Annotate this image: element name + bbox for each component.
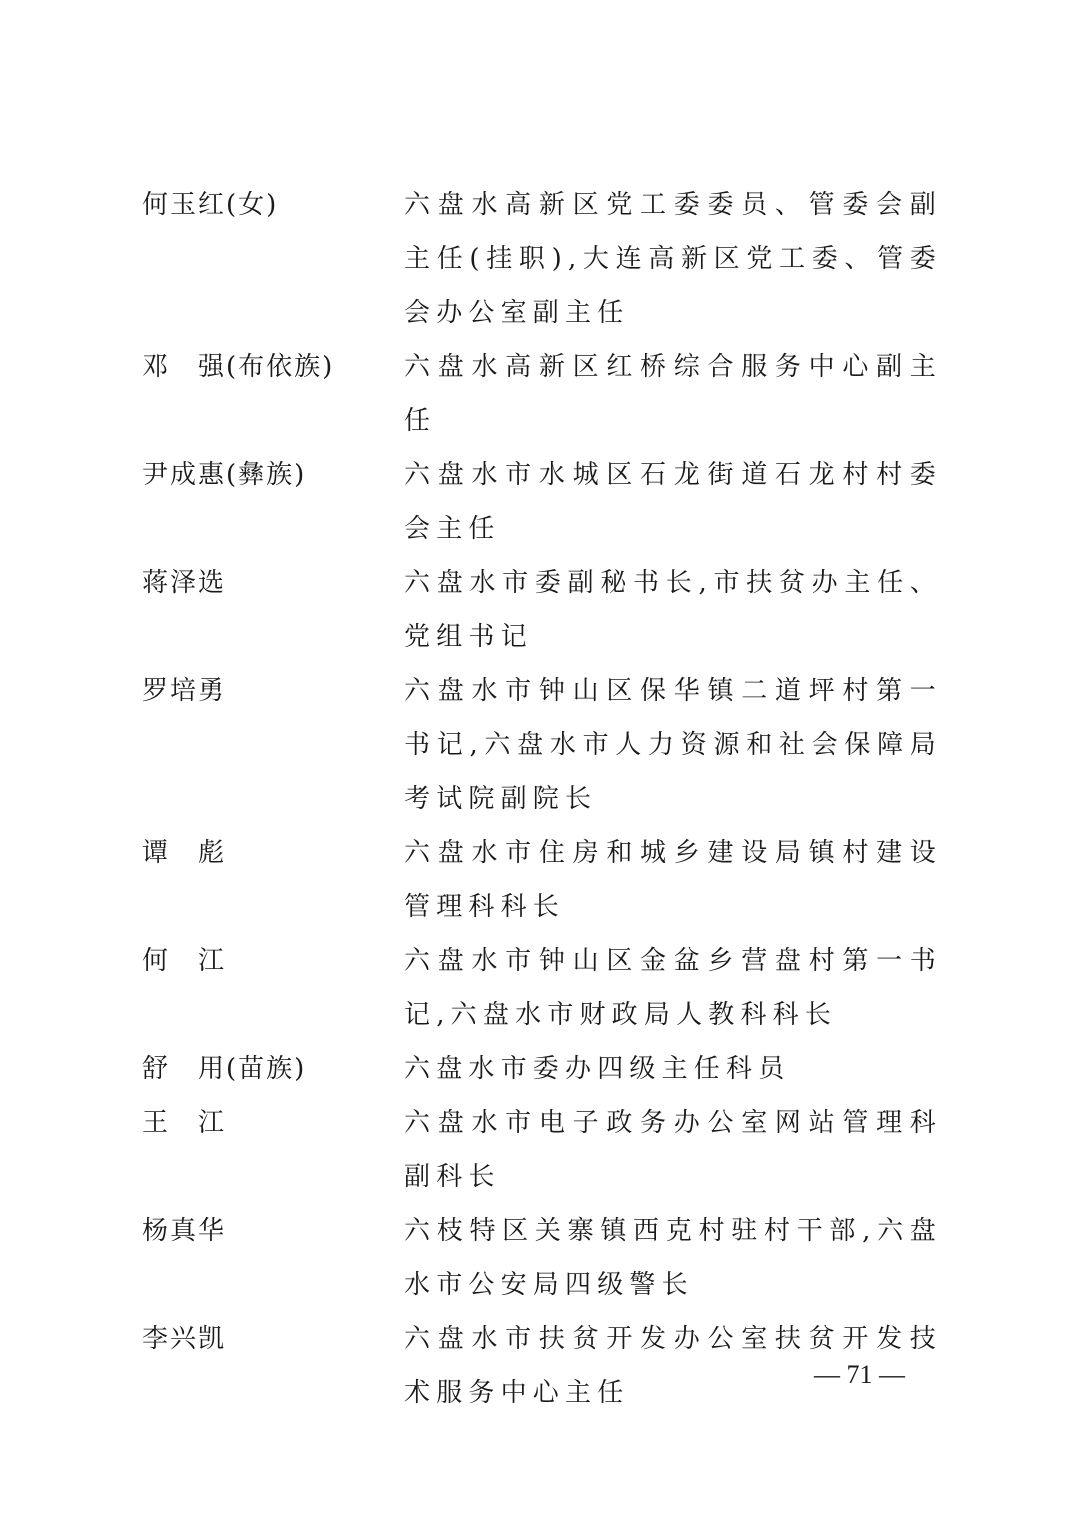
roster-entry: 何 江 六盘水市钟山区金盆乡营盘村第一书记,六盘水市财政局人教科科长	[142, 934, 942, 1042]
roster-entry: 舒 用(苗族) 六盘水市委办四级主任科员	[142, 1042, 942, 1096]
person-position: 六枝特区关寨镇西克村驻村干部,六盘水市公安局四级警长	[404, 1204, 942, 1312]
person-position: 六盘水市委办四级主任科员	[404, 1042, 942, 1096]
person-name: 罗培勇	[142, 664, 404, 718]
person-position: 六盘水市委副秘书长,市扶贫办主任、党组书记	[404, 556, 942, 664]
roster-entry: 王 江 六盘水市电子政务办公室网站管理科副科长	[142, 1096, 942, 1204]
roster-entry: 罗培勇 六盘水市钟山区保华镇二道坪村第一书记,六盘水市人力资源和社会保障局考试院…	[142, 664, 942, 826]
person-position: 六盘水市水城区石龙街道石龙村村委会主任	[404, 448, 942, 556]
person-position: 六盘水市电子政务办公室网站管理科副科长	[404, 1096, 942, 1204]
person-position: 六盘水市住房和城乡建设局镇村建设管理科科长	[404, 826, 942, 934]
person-name: 何玉红(女)	[142, 178, 404, 232]
person-name: 王 江	[142, 1096, 404, 1150]
person-name: 尹成惠(彝族)	[142, 448, 404, 502]
roster-entry: 何玉红(女) 六盘水高新区党工委委员、管委会副主任(挂职),大连高新区党工委、管…	[142, 178, 942, 340]
page-number: — 71 —	[814, 1360, 905, 1390]
document-page: 何玉红(女) 六盘水高新区党工委委员、管委会副主任(挂职),大连高新区党工委、管…	[0, 0, 1080, 1527]
person-position: 六盘水高新区党工委委员、管委会副主任(挂职),大连高新区党工委、管委会办公室副主…	[404, 178, 942, 340]
person-name: 邓 强(布依族)	[142, 340, 404, 394]
roster-entry: 蒋泽选 六盘水市委副秘书长,市扶贫办主任、党组书记	[142, 556, 942, 664]
personnel-roster: 何玉红(女) 六盘水高新区党工委委员、管委会副主任(挂职),大连高新区党工委、管…	[142, 178, 942, 1420]
person-name: 谭 彪	[142, 826, 404, 880]
person-position: 六盘水市钟山区金盆乡营盘村第一书记,六盘水市财政局人教科科长	[404, 934, 942, 1042]
person-name: 蒋泽选	[142, 556, 404, 610]
roster-entry: 尹成惠(彝族) 六盘水市水城区石龙街道石龙村村委会主任	[142, 448, 942, 556]
person-name: 杨真华	[142, 1204, 404, 1258]
person-position: 六盘水高新区红桥综合服务中心副主任	[404, 340, 942, 448]
person-position: 六盘水市钟山区保华镇二道坪村第一书记,六盘水市人力资源和社会保障局考试院副院长	[404, 664, 942, 826]
person-name: 舒 用(苗族)	[142, 1042, 404, 1096]
roster-entry: 邓 强(布依族) 六盘水高新区红桥综合服务中心副主任	[142, 340, 942, 448]
person-name: 何 江	[142, 934, 404, 988]
roster-entry: 杨真华 六枝特区关寨镇西克村驻村干部,六盘水市公安局四级警长	[142, 1204, 942, 1312]
person-name: 李兴凯	[142, 1312, 404, 1366]
roster-entry: 谭 彪 六盘水市住房和城乡建设局镇村建设管理科科长	[142, 826, 942, 934]
